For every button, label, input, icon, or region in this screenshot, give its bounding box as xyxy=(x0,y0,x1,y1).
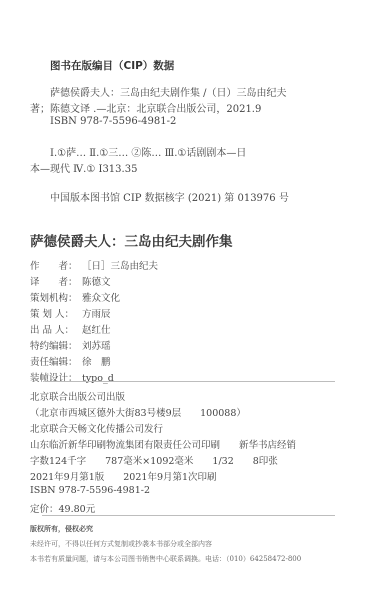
book-title: 萨德侯爵夫人：三岛由纪夫剧作集 xyxy=(30,230,233,250)
divider xyxy=(42,515,335,516)
price-line: 定价：49.80元 xyxy=(30,501,95,515)
publisher-address: （北京市西城区德外大街83号楼9层 100088） xyxy=(30,405,246,419)
copyright-page: 图书在版编目（CIP）数据 萨德侯爵夫人：三岛由纪夫剧作集 /（日）三岛由纪夫 … xyxy=(0,0,375,606)
credit-special-editor: 特约编辑：刘苏瑶 xyxy=(30,338,111,352)
cip-line: 萨德侯爵夫人：三岛由纪夫剧作集 /（日）三岛由纪夫 xyxy=(50,84,287,99)
format-line: 字数124千字 787毫米×1092毫米 1/32 8印张 xyxy=(30,453,278,467)
credit-translator: 译 者：陈德文 xyxy=(30,274,111,288)
cip-record-number: 中国版本图书馆 CIP 数据核字 (2021) 第 013976 号 xyxy=(50,189,289,204)
isbn-line: ISBN 978-7-5596-4981-2 xyxy=(30,485,150,496)
credit-producer: 出 品 人：赵红仕 xyxy=(30,322,111,336)
cip-isbn: ISBN 978-7-5596-4981-2 xyxy=(50,116,176,127)
credit-responsible-editor: 责任编辑：徐 鹏 xyxy=(30,354,111,368)
cip-heading: 图书在版编目（CIP）数据 xyxy=(50,58,174,73)
cip-classification-cont: 本—现代 Ⅳ.① I313.35 xyxy=(30,160,137,175)
credit-planner: 策 划 人：方雨辰 xyxy=(30,306,111,320)
printer-line: 山东临沂新华印刷物流集团有限责任公司印刷 新华书店经销 xyxy=(30,437,296,451)
rights-notice: 未经许可，不得以任何方式复制或抄袭本书部分或全部内容 xyxy=(30,539,212,549)
cip-line: 著；陈德文译 .—北京：北京联合出版公司，2021.9 xyxy=(30,100,261,115)
credit-planning-org: 策划机构：雅众文化 xyxy=(30,290,120,304)
credit-author: 作 者：［日］三岛由纪夫 xyxy=(30,258,158,272)
cip-classification: Ⅰ.①萨… Ⅱ.①三… ②陈… Ⅲ.①话剧剧本—日 xyxy=(50,144,246,159)
edition-line: 2021年9月第1版 2021年9月第1次印刷 xyxy=(30,469,217,483)
publisher-line: 北京联合出版公司出版 xyxy=(30,389,125,403)
divider xyxy=(45,381,335,382)
rights-title: 版权所有，侵权必究 xyxy=(30,524,93,534)
quality-notice: 本书若有质量问题，请与本公司图书销售中心联系调换。电话：（010）6425847… xyxy=(30,554,301,564)
distributor-line: 北京联合天畅文化传播公司发行 xyxy=(30,421,163,435)
